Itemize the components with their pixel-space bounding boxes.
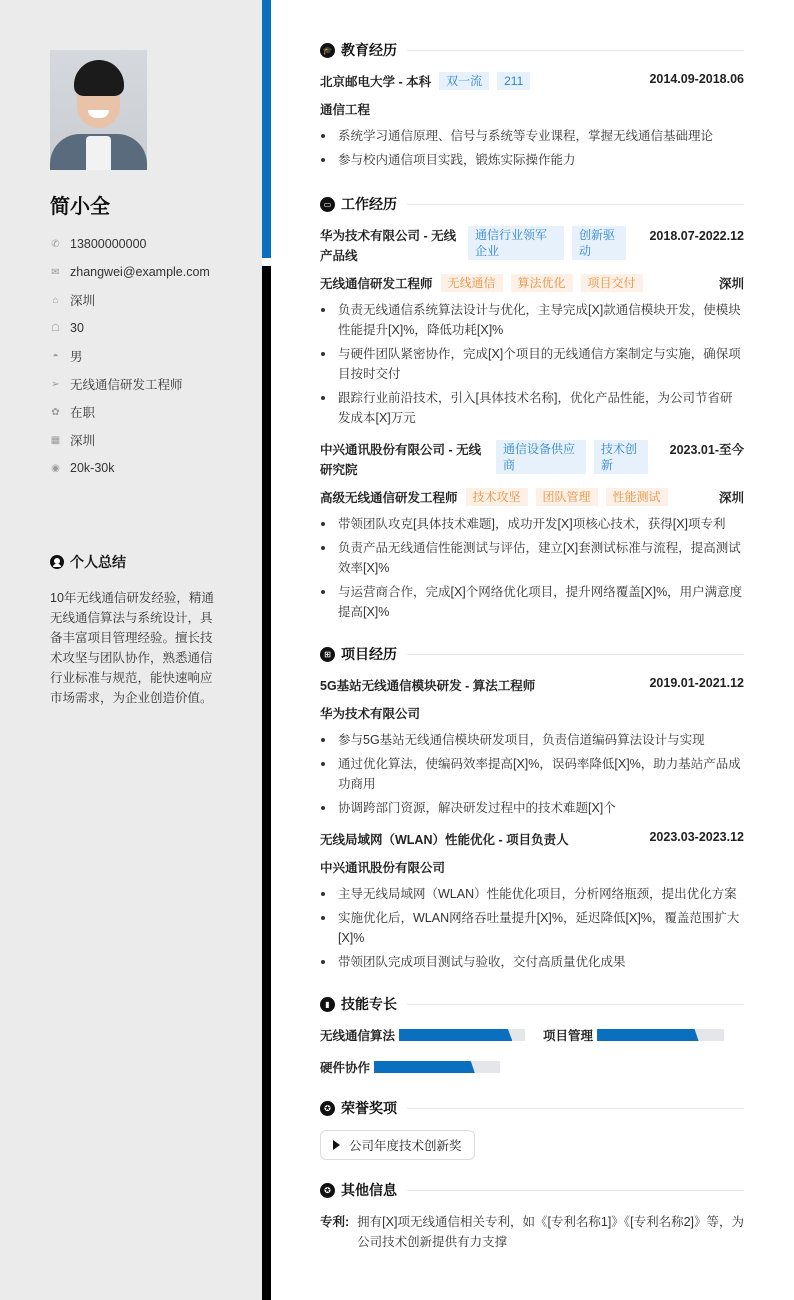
section-divider [407, 204, 744, 205]
school-name: 北京邮电大学 - 本科 [320, 72, 431, 90]
contact-value: 20k-30k [70, 461, 114, 475]
list-item: 带领团队完成项目测试与验收，交付高质量优化成果 [320, 952, 744, 972]
tag: 通信行业领军企业 [468, 226, 564, 260]
list-item: 参与5G基站无线通信模块研发项目，负责信道编码算法设计与实现 [320, 730, 744, 750]
contact-work-city: ▦深圳 [50, 426, 210, 454]
skill-bar [597, 1029, 724, 1041]
company-name: 华为技术有限公司 - 无线产品线 [320, 226, 460, 266]
project-name: 无线局域网（WLAN）性能优化 - 项目负责人 [320, 830, 569, 848]
list-item: 与硬件团队紧密协作，完成[X]个项目的无线通信方案制定与实施，确保项目按时交付 [320, 344, 744, 384]
location: 深圳 [719, 488, 744, 506]
section-title: 项目经历 [341, 644, 397, 664]
tag: 211 [497, 72, 530, 90]
bullet-list: 系统学习通信原理、信号与系统等专业课程，掌握无线通信基础理论 参与校内通信项目实… [320, 126, 744, 170]
section-skills-heading: ▮ 技能专长 [320, 992, 744, 1016]
project-row: 5G基站无线通信模块研发 - 算法工程师 2019.01-2021.12 [320, 676, 744, 694]
work-item: 华为技术有限公司 - 无线产品线 通信行业领军企业 创新驱动 2018.07-2… [320, 226, 744, 428]
avatar-hair [74, 60, 124, 96]
project-item: 无线局域网（WLAN）性能优化 - 项目负责人 2023.03-2023.12 … [320, 830, 744, 972]
location: 深圳 [719, 274, 744, 292]
tag: 项目交付 [581, 274, 643, 292]
list-item: 带领团队攻克[具体技术难题]，成功开发[X]项核心技术，获得[X]项专利 [320, 514, 744, 534]
contact-value: 深圳 [70, 431, 95, 449]
graduation-cap-icon: 🎓 [320, 43, 335, 58]
section-divider [407, 654, 744, 655]
contact-value: 13800000000 [70, 237, 146, 251]
section-title: 技能专长 [341, 994, 397, 1014]
status-icon: ✿ [50, 407, 61, 418]
section-divider [407, 50, 744, 51]
project-company: 华为技术有限公司 [320, 704, 744, 722]
section-title: 荣誉奖项 [341, 1098, 397, 1118]
award-label: 公司年度技术创新奖 [349, 1136, 462, 1154]
section-divider [407, 1108, 744, 1109]
skill-bar-fill [597, 1029, 699, 1041]
position-title: 无线通信研发工程师 [320, 274, 433, 292]
work-row: 华为技术有限公司 - 无线产品线 通信行业领军企业 创新驱动 2018.07-2… [320, 226, 744, 266]
grid-icon: ⊞ [320, 647, 335, 662]
project-company: 中兴通讯股份有限公司 [320, 858, 744, 876]
tag: 通信设备供应商 [496, 440, 586, 474]
contact-value: 在职 [70, 403, 95, 421]
tag: 技术攻坚 [466, 488, 528, 506]
list-item: 实施优化后，WLAN网络吞吐量提升[X]%，延迟降低[X]%，覆盖范围扩大[X]… [320, 908, 744, 948]
list-item: 参与校内通信项目实践，锻炼实际操作能力 [320, 150, 744, 170]
section-divider [407, 1004, 744, 1005]
date: 2023.01-至今 [670, 440, 744, 460]
summary-heading: 个人总结 [50, 552, 126, 572]
skill-item: 项目管理 [543, 1026, 724, 1044]
project-row: 无线局域网（WLAN）性能优化 - 项目负责人 2023.03-2023.12 [320, 830, 744, 848]
section-title: 工作经历 [341, 194, 397, 214]
list-item: 协调跨部门资源，解决研发过程中的技术难题[X]个 [320, 798, 744, 818]
awards-list: 公司年度技术创新奖 [320, 1130, 744, 1160]
contact-value: 深圳 [70, 291, 95, 309]
avatar [50, 50, 147, 170]
contact-city: ⌂深圳 [50, 286, 210, 314]
work-row: 中兴通讯股份有限公司 - 无线研究院 通信设备供应商 技术创新 2023.01-… [320, 440, 744, 480]
contact-age: ☖30 [50, 314, 210, 342]
section-title: 教育经历 [341, 40, 397, 60]
date: 2019.01-2021.12 [649, 676, 744, 690]
project-name: 5G基站无线通信模块研发 - 算法工程师 [320, 676, 535, 694]
contact-list: ✆13800000000 ✉zhangwei@example.com ⌂深圳 ☖… [50, 230, 210, 482]
company-name: 中兴通讯股份有限公司 - 无线研究院 [320, 440, 488, 480]
phone-icon: ✆ [50, 239, 61, 250]
section-title: 其他信息 [341, 1180, 397, 1200]
summary-text: 10年无线通信研发经验，精通无线通信算法与系统设计，具备丰富项目管理经验。擅长技… [50, 588, 215, 708]
award-icon: ✪ [320, 1101, 335, 1116]
age-icon: ☖ [50, 323, 61, 334]
education-item: 北京邮电大学 - 本科 双一流 211 2014.09-2018.06 通信工程… [320, 72, 744, 170]
section-work-heading: ▭ 工作经历 [320, 192, 744, 216]
contact-gender: ◓男 [50, 342, 210, 370]
briefcase-icon: ▭ [320, 197, 335, 212]
position-title: 高级无线通信研发工程师 [320, 488, 458, 506]
play-icon [333, 1140, 340, 1150]
tag: 双一流 [439, 72, 489, 90]
main-content: 🎓 教育经历 北京邮电大学 - 本科 双一流 211 2014.09-2018.… [320, 38, 744, 1252]
list-item: 主导无线局域网（WLAN）性能优化项目，分析网络瓶颈，提出优化方案 [320, 884, 744, 904]
accent-bar [262, 0, 271, 258]
section-divider [407, 1190, 744, 1191]
gender-icon: ◓ [50, 351, 61, 362]
contact-job-target: ➢无线通信研发工程师 [50, 370, 210, 398]
other-text: 拥有[X]项无线通信相关专利，如《[专利名称1]》《[专利名称2]》等，为公司技… [357, 1212, 744, 1252]
bar-chart-icon: ▮ [320, 997, 335, 1012]
list-item: 跟踪行业前沿技术，引入[具体技术名称]，优化产品性能，为公司节省研发成本[X]万… [320, 388, 744, 428]
major: 通信工程 [320, 100, 744, 118]
other-item: 专利: 拥有[X]项无线通信相关专利，如《[专利名称1]》《[专利名称2]》等，… [320, 1212, 744, 1252]
candidate-name: 简小全 [50, 190, 110, 219]
skills-list: 无线通信算法 项目管理 硬件协作 [320, 1026, 744, 1076]
list-item: 负责产品无线通信性能测试与评估，建立[X]套测试标准与流程，提高测试效率[X]% [320, 538, 744, 578]
bullet-list: 负责无线通信系统算法设计与优化，主导完成[X]款通信模块开发，使模块性能提升[X… [320, 300, 744, 428]
project-item: 5G基站无线通信模块研发 - 算法工程师 2019.01-2021.12 华为技… [320, 676, 744, 818]
section-projects-heading: ⊞ 项目经历 [320, 642, 744, 666]
list-item: 与运营商合作，完成[X]个网络优化项目，提升网络覆盖[X]%，用户满意度提高[X… [320, 582, 744, 622]
other-label: 专利: [320, 1212, 349, 1252]
list-item: 负责无线通信系统算法设计与优化，主导完成[X]款通信模块开发，使模块性能提升[X… [320, 300, 744, 340]
building-icon: ▦ [50, 435, 61, 446]
contact-status: ✿在职 [50, 398, 210, 426]
tag: 创新驱动 [572, 226, 626, 260]
work-item: 中兴通讯股份有限公司 - 无线研究院 通信设备供应商 技术创新 2023.01-… [320, 440, 744, 622]
position-row: 高级无线通信研发工程师 技术攻坚 团队管理 性能测试 深圳 [320, 488, 744, 506]
date: 2018.07-2022.12 [649, 226, 744, 246]
contact-email: ✉zhangwei@example.com [50, 258, 210, 286]
user-icon [50, 555, 64, 569]
skill-name: 硬件协作 [320, 1058, 370, 1076]
position-row: 无线通信研发工程师 无线通信 算法优化 项目交付 深圳 [320, 274, 744, 292]
skill-item: 硬件协作 [320, 1058, 726, 1076]
bullet-list: 带领团队攻克[具体技术难题]，成功开发[X]项核心技术，获得[X]项专利 负责产… [320, 514, 744, 622]
tag: 团队管理 [536, 488, 598, 506]
tag: 算法优化 [511, 274, 573, 292]
bullet-list: 主导无线局域网（WLAN）性能优化项目，分析网络瓶颈，提出优化方案 实施优化后，… [320, 884, 744, 972]
info-icon: ✪ [320, 1183, 335, 1198]
section-awards-heading: ✪ 荣誉奖项 [320, 1096, 744, 1120]
award-item[interactable]: 公司年度技术创新奖 [320, 1130, 475, 1160]
send-icon: ➢ [50, 379, 61, 390]
skill-name: 无线通信算法 [320, 1026, 395, 1044]
divider-bar [262, 266, 271, 1300]
contact-salary: ◉20k-30k [50, 454, 210, 482]
mail-icon: ✉ [50, 267, 61, 278]
skill-bar-fill [399, 1029, 512, 1041]
contact-phone: ✆13800000000 [50, 230, 210, 258]
sidebar: 简小全 ✆13800000000 ✉zhangwei@example.com ⌂… [0, 0, 262, 1300]
tag: 性能测试 [606, 488, 668, 506]
section-education-heading: 🎓 教育经历 [320, 38, 744, 62]
skill-bar-fill [374, 1061, 475, 1073]
education-row: 北京邮电大学 - 本科 双一流 211 2014.09-2018.06 [320, 72, 744, 90]
home-icon: ⌂ [50, 295, 61, 306]
contact-value: 无线通信研发工程师 [70, 375, 183, 393]
skill-name: 项目管理 [543, 1026, 593, 1044]
date: 2023.03-2023.12 [649, 830, 744, 844]
bullet-list: 参与5G基站无线通信模块研发项目，负责信道编码算法设计与实现 通过优化算法，使编… [320, 730, 744, 818]
skill-bar [374, 1061, 500, 1073]
skill-item: 无线通信算法 [320, 1026, 525, 1044]
contact-value: 男 [70, 347, 83, 365]
list-item: 系统学习通信原理、信号与系统等专业课程，掌握无线通信基础理论 [320, 126, 744, 146]
contact-value: zhangwei@example.com [70, 265, 210, 279]
section-other-heading: ✪ 其他信息 [320, 1178, 744, 1202]
skill-bar [399, 1029, 525, 1041]
salary-icon: ◉ [50, 463, 61, 474]
tag: 技术创新 [594, 440, 648, 474]
date: 2014.09-2018.06 [649, 72, 744, 86]
contact-value: 30 [70, 321, 84, 335]
avatar-shirt [86, 136, 111, 170]
summary-title: 个人总结 [70, 552, 126, 572]
tag: 无线通信 [441, 274, 503, 292]
list-item: 通过优化算法，使编码效率提高[X]%，误码率降低[X]%，助力基站产品成功商用 [320, 754, 744, 794]
